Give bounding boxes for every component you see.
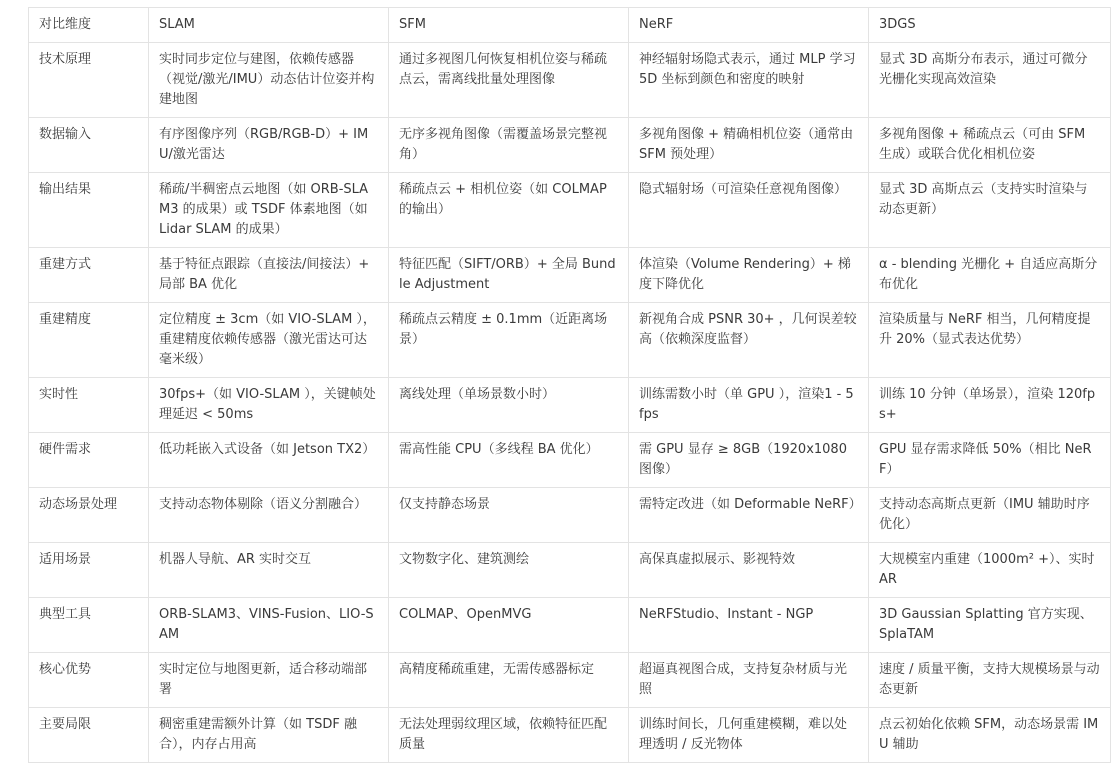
cell-nerf: 隐式辐射场（可渲染任意视角图像） <box>629 173 869 248</box>
table-row: 适用场景 机器人导航、AR 实时交互 文物数字化、建筑测绘 高保真虚拟展示、影视… <box>29 543 1111 598</box>
cell-sfm: 无法处理弱纹理区域，依赖特征匹配质量 <box>389 708 629 763</box>
cell-3dgs: GPU 显存需求降低 50%（相比 NeRF） <box>869 433 1111 488</box>
table-row: 主要局限 稠密重建需额外计算（如 TSDF 融合），内存占用高 无法处理弱纹理区… <box>29 708 1111 763</box>
row-dimension-label: 适用场景 <box>29 543 149 598</box>
cell-slam: 实时定位与地图更新，适合移动端部署 <box>149 653 389 708</box>
row-dimension-label: 重建方式 <box>29 248 149 303</box>
cell-sfm: 稀疏点云精度 ± 0.1mm（近距离场景） <box>389 303 629 378</box>
cell-sfm: 仅支持静态场景 <box>389 488 629 543</box>
cell-nerf: 新视角合成 PSNR 30+ ，几何误差较高（依赖深度监督） <box>629 303 869 378</box>
cell-3dgs: 渲染质量与 NeRF 相当，几何精度提升 20%（显式表达优势） <box>869 303 1111 378</box>
cell-nerf: 需特定改进（如 Deformable NeRF） <box>629 488 869 543</box>
row-dimension-label: 典型工具 <box>29 598 149 653</box>
header-cell-slam: SLAM <box>149 8 389 43</box>
cell-3dgs: 显式 3D 高斯分布表示，通过可微分光栅化实现高效渲染 <box>869 43 1111 118</box>
cell-3dgs: 训练 10 分钟（单场景），渲染 120fps+ <box>869 378 1111 433</box>
table-row: 动态场景处理 支持动态物体剔除（语义分割融合） 仅支持静态场景 需特定改进（如 … <box>29 488 1111 543</box>
table-row: 典型工具 ORB-SLAM3、VINS-Fusion、LIO-SAM COLMA… <box>29 598 1111 653</box>
cell-3dgs: α - blending 光栅化 + 自适应高斯分布优化 <box>869 248 1111 303</box>
row-dimension-label: 重建精度 <box>29 303 149 378</box>
cell-nerf: NeRFStudio、Instant - NGP <box>629 598 869 653</box>
cell-slam: ORB-SLAM3、VINS-Fusion、LIO-SAM <box>149 598 389 653</box>
cell-sfm: 离线处理（单场景数小时） <box>389 378 629 433</box>
cell-sfm: 高精度稀疏重建，无需传感器标定 <box>389 653 629 708</box>
header-cell-nerf: NeRF <box>629 8 869 43</box>
comparison-table: 对比维度 SLAM SFM NeRF 3DGS 技术原理 实时同步定位与建图，依… <box>28 7 1111 763</box>
table-row: 重建精度 定位精度 ± 3cm（如 VIO-SLAM ），重建精度依赖传感器（激… <box>29 303 1111 378</box>
cell-3dgs: 多视角图像 + 稀疏点云（可由 SFM 生成）或联合优化相机位姿 <box>869 118 1111 173</box>
cell-nerf: 超逼真视图合成，支持复杂材质与光照 <box>629 653 869 708</box>
table-row: 硬件需求 低功耗嵌入式设备（如 Jetson TX2） 需高性能 CPU（多线程… <box>29 433 1111 488</box>
table-row: 输出结果 稀疏/半稠密点云地图（如 ORB-SLAM3 的成果）或 TSDF 体… <box>29 173 1111 248</box>
cell-nerf: 多视角图像 + 精确相机位姿（通常由 SFM 预处理） <box>629 118 869 173</box>
cell-sfm: 文物数字化、建筑测绘 <box>389 543 629 598</box>
header-cell-dimension: 对比维度 <box>29 8 149 43</box>
cell-slam: 稀疏/半稠密点云地图（如 ORB-SLAM3 的成果）或 TSDF 体素地图（如… <box>149 173 389 248</box>
cell-slam: 实时同步定位与建图，依赖传感器（视觉/激光/IMU）动态估计位姿并构建地图 <box>149 43 389 118</box>
cell-nerf: 神经辐射场隐式表示，通过 MLP 学习 5D 坐标到颜色和密度的映射 <box>629 43 869 118</box>
row-dimension-label: 核心优势 <box>29 653 149 708</box>
table-header-row: 对比维度 SLAM SFM NeRF 3DGS <box>29 8 1111 43</box>
comparison-table-container: 对比维度 SLAM SFM NeRF 3DGS 技术原理 实时同步定位与建图，依… <box>28 7 1111 763</box>
header-cell-sfm: SFM <box>389 8 629 43</box>
row-dimension-label: 实时性 <box>29 378 149 433</box>
cell-slam: 稠密重建需额外计算（如 TSDF 融合），内存占用高 <box>149 708 389 763</box>
table-row: 实时性 30fps+（如 VIO-SLAM ），关键帧处理延迟 < 50ms 离… <box>29 378 1111 433</box>
cell-sfm: 稀疏点云 + 相机位姿（如 COLMAP 的输出） <box>389 173 629 248</box>
cell-slam: 低功耗嵌入式设备（如 Jetson TX2） <box>149 433 389 488</box>
cell-3dgs: 速度 / 质量平衡，支持大规模场景与动态更新 <box>869 653 1111 708</box>
header-cell-3dgs: 3DGS <box>869 8 1111 43</box>
table-row: 重建方式 基于特征点跟踪（直接法/间接法）+ 局部 BA 优化 特征匹配（SIF… <box>29 248 1111 303</box>
table-row: 核心优势 实时定位与地图更新，适合移动端部署 高精度稀疏重建，无需传感器标定 超… <box>29 653 1111 708</box>
table-row: 数据输入 有序图像序列（RGB/RGB-D）+ IMU/激光雷达 无序多视角图像… <box>29 118 1111 173</box>
cell-sfm: 需高性能 CPU（多线程 BA 优化） <box>389 433 629 488</box>
cell-nerf: 训练需数小时（单 GPU ），渲染1 - 5fps <box>629 378 869 433</box>
row-dimension-label: 技术原理 <box>29 43 149 118</box>
row-dimension-label: 动态场景处理 <box>29 488 149 543</box>
cell-3dgs: 3D Gaussian Splatting 官方实现、SplaTAM <box>869 598 1111 653</box>
cell-3dgs: 大规模室内重建（1000m² +）、实时 AR <box>869 543 1111 598</box>
cell-3dgs: 显式 3D 高斯点云（支持实时渲染与动态更新） <box>869 173 1111 248</box>
cell-sfm: 无序多视角图像（需覆盖场景完整视角） <box>389 118 629 173</box>
cell-sfm: 特征匹配（SIFT/ORB）+ 全局 Bundle Adjustment <box>389 248 629 303</box>
cell-slam: 支持动态物体剔除（语义分割融合） <box>149 488 389 543</box>
row-dimension-label: 主要局限 <box>29 708 149 763</box>
cell-slam: 机器人导航、AR 实时交互 <box>149 543 389 598</box>
cell-nerf: 高保真虚拟展示、影视特效 <box>629 543 869 598</box>
table-row: 技术原理 实时同步定位与建图，依赖传感器（视觉/激光/IMU）动态估计位姿并构建… <box>29 43 1111 118</box>
cell-slam: 基于特征点跟踪（直接法/间接法）+ 局部 BA 优化 <box>149 248 389 303</box>
cell-nerf: 体渲染（Volume Rendering）+ 梯度下降优化 <box>629 248 869 303</box>
cell-sfm: COLMAP、OpenMVG <box>389 598 629 653</box>
cell-3dgs: 点云初始化依赖 SFM，动态场景需 IMU 辅助 <box>869 708 1111 763</box>
cell-nerf: 训练时间长，几何重建模糊，难以处理透明 / 反光物体 <box>629 708 869 763</box>
row-dimension-label: 输出结果 <box>29 173 149 248</box>
cell-slam: 定位精度 ± 3cm（如 VIO-SLAM ），重建精度依赖传感器（激光雷达可达… <box>149 303 389 378</box>
cell-3dgs: 支持动态高斯点更新（IMU 辅助时序优化） <box>869 488 1111 543</box>
cell-nerf: 需 GPU 显存 ≥ 8GB（1920x1080 图像） <box>629 433 869 488</box>
cell-slam: 30fps+（如 VIO-SLAM ），关键帧处理延迟 < 50ms <box>149 378 389 433</box>
row-dimension-label: 数据输入 <box>29 118 149 173</box>
cell-sfm: 通过多视图几何恢复相机位姿与稀疏点云，需离线批量处理图像 <box>389 43 629 118</box>
cell-slam: 有序图像序列（RGB/RGB-D）+ IMU/激光雷达 <box>149 118 389 173</box>
row-dimension-label: 硬件需求 <box>29 433 149 488</box>
